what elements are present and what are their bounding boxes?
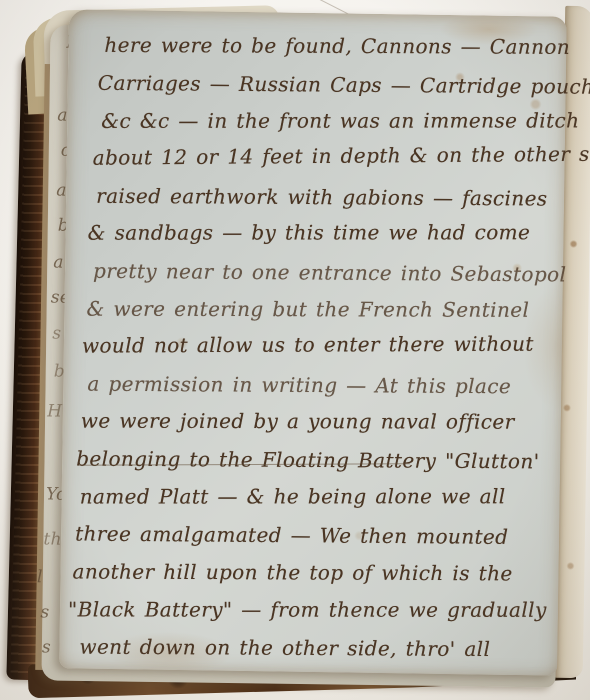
photo-vignette [0, 0, 590, 700]
photo-backdrop: M bu a, of ab b a se s be H Yo th l s s … [0, 0, 590, 700]
